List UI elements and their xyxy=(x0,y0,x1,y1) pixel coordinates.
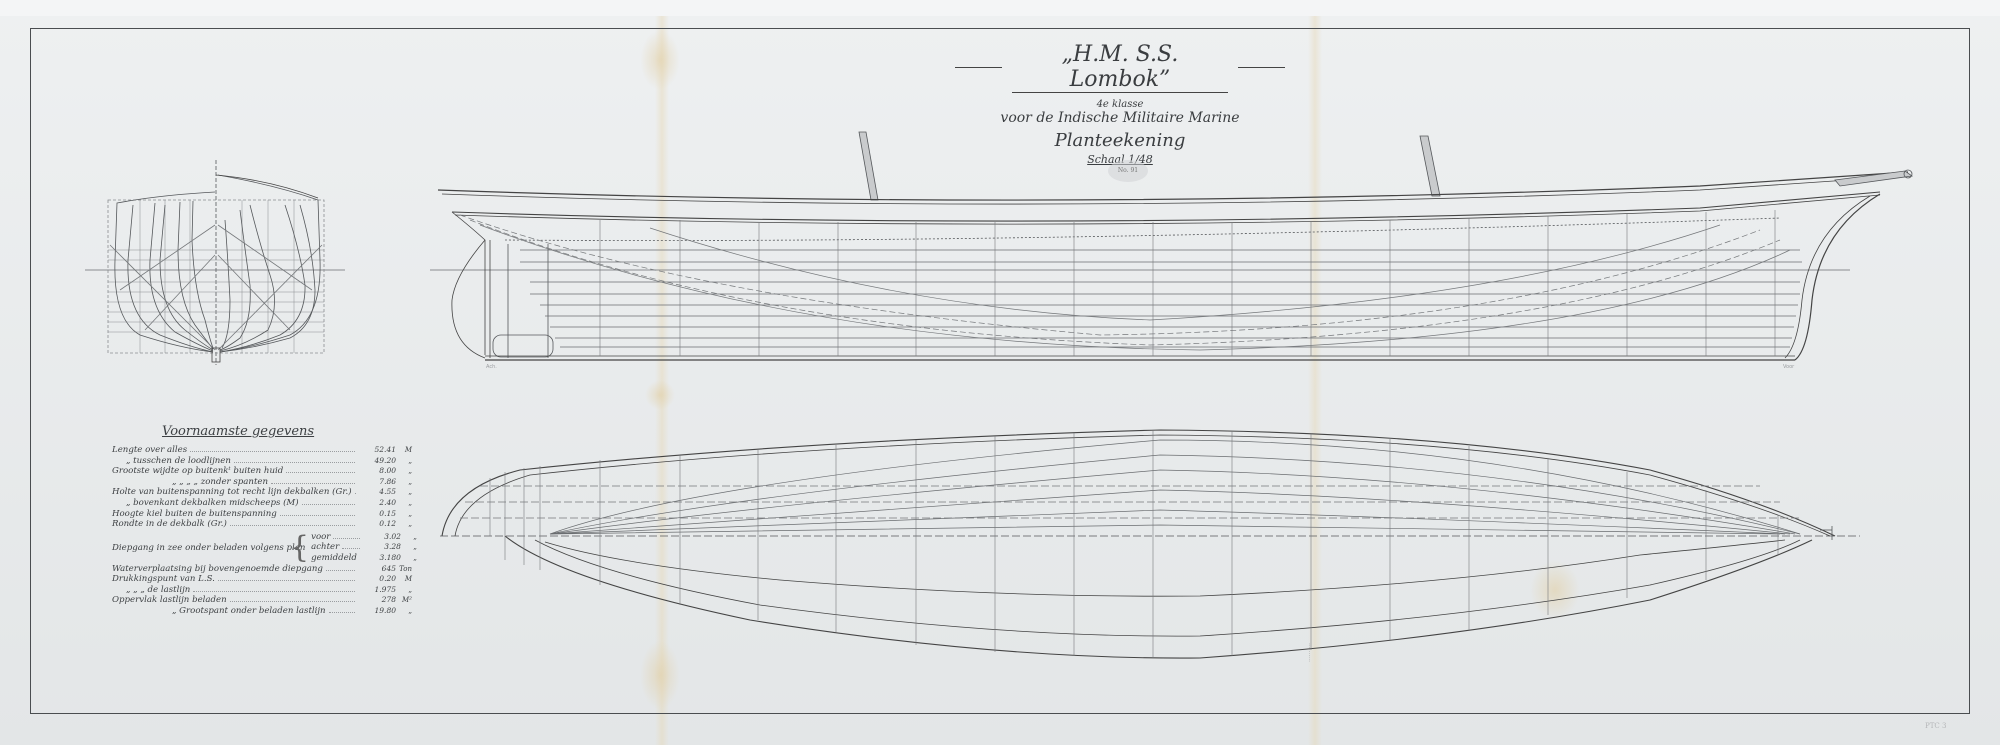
draught-row: voor 3.02„ xyxy=(311,532,417,543)
mast xyxy=(859,132,1440,200)
lines-drawing: Ach. Voor xyxy=(0,0,2000,745)
particulars-row: Holte van buitenspanning tot recht lijn … xyxy=(112,487,412,498)
svg-text:Ach.: Ach. xyxy=(486,364,497,370)
particulars-row: Grootste wijdte op buitenkᵗ buiten huid … xyxy=(112,466,412,477)
particulars-row: „ „ „ de lastlijn 1.975„ xyxy=(112,585,412,596)
pencil-note: .......... xyxy=(1305,643,1312,662)
svg-text:..........: .......... xyxy=(1305,643,1312,662)
body-plan xyxy=(85,160,345,365)
particulars-table: Voornaamste gegevens Lengte over alles 5… xyxy=(112,424,412,617)
particulars-heading: Voornaamste gegevens xyxy=(162,424,412,439)
particulars-row: Rondte in de dekbalk (Gr.) 0.12„ xyxy=(112,519,412,530)
half-breadth-plan xyxy=(440,430,1860,658)
particulars-row: Lengte over alles 52.41M xyxy=(112,445,412,456)
particulars-row: Drukkingspunt van L.S. 0.20M xyxy=(112,574,412,585)
draught-label: Diepgang in zee onder beladen volgens pl… xyxy=(112,543,290,553)
corner-mark: PTC 3 xyxy=(1925,722,1946,730)
draught-row: gemiddeld 3.180„ xyxy=(311,553,417,564)
svg-text:Voor: Voor xyxy=(1783,364,1795,370)
particulars-row: Waterverplaatsing bij bovengenoemde diep… xyxy=(112,564,412,575)
particulars-row: Hoogte kiel buiten de buitenspanning 0.1… xyxy=(112,509,412,520)
brace: { xyxy=(290,533,309,563)
particulars-row: „ bovenkant dekbalken midscheeps (M) 2.4… xyxy=(112,498,412,509)
particulars-row: „ „ „ „ zonder spanten 7.86„ xyxy=(112,477,412,488)
particulars-row: „ tusschen de loodlijnen 49.20„ xyxy=(112,456,412,467)
drawing-sheet: „H.M. S.S. Lombok” 4e klasse voor de Ind… xyxy=(0,0,2000,745)
particulars-row: „ Grootspant onder beladen lastlijn 19.8… xyxy=(112,606,412,617)
draught-group: Diepgang in zee onder beladen volgens pl… xyxy=(112,532,412,564)
sheer-plan: Ach. Voor xyxy=(430,132,1912,370)
draught-row: achter 3.28„ xyxy=(311,542,417,553)
particulars-row: Oppervlak lastlijn beladen 278M² xyxy=(112,595,412,606)
